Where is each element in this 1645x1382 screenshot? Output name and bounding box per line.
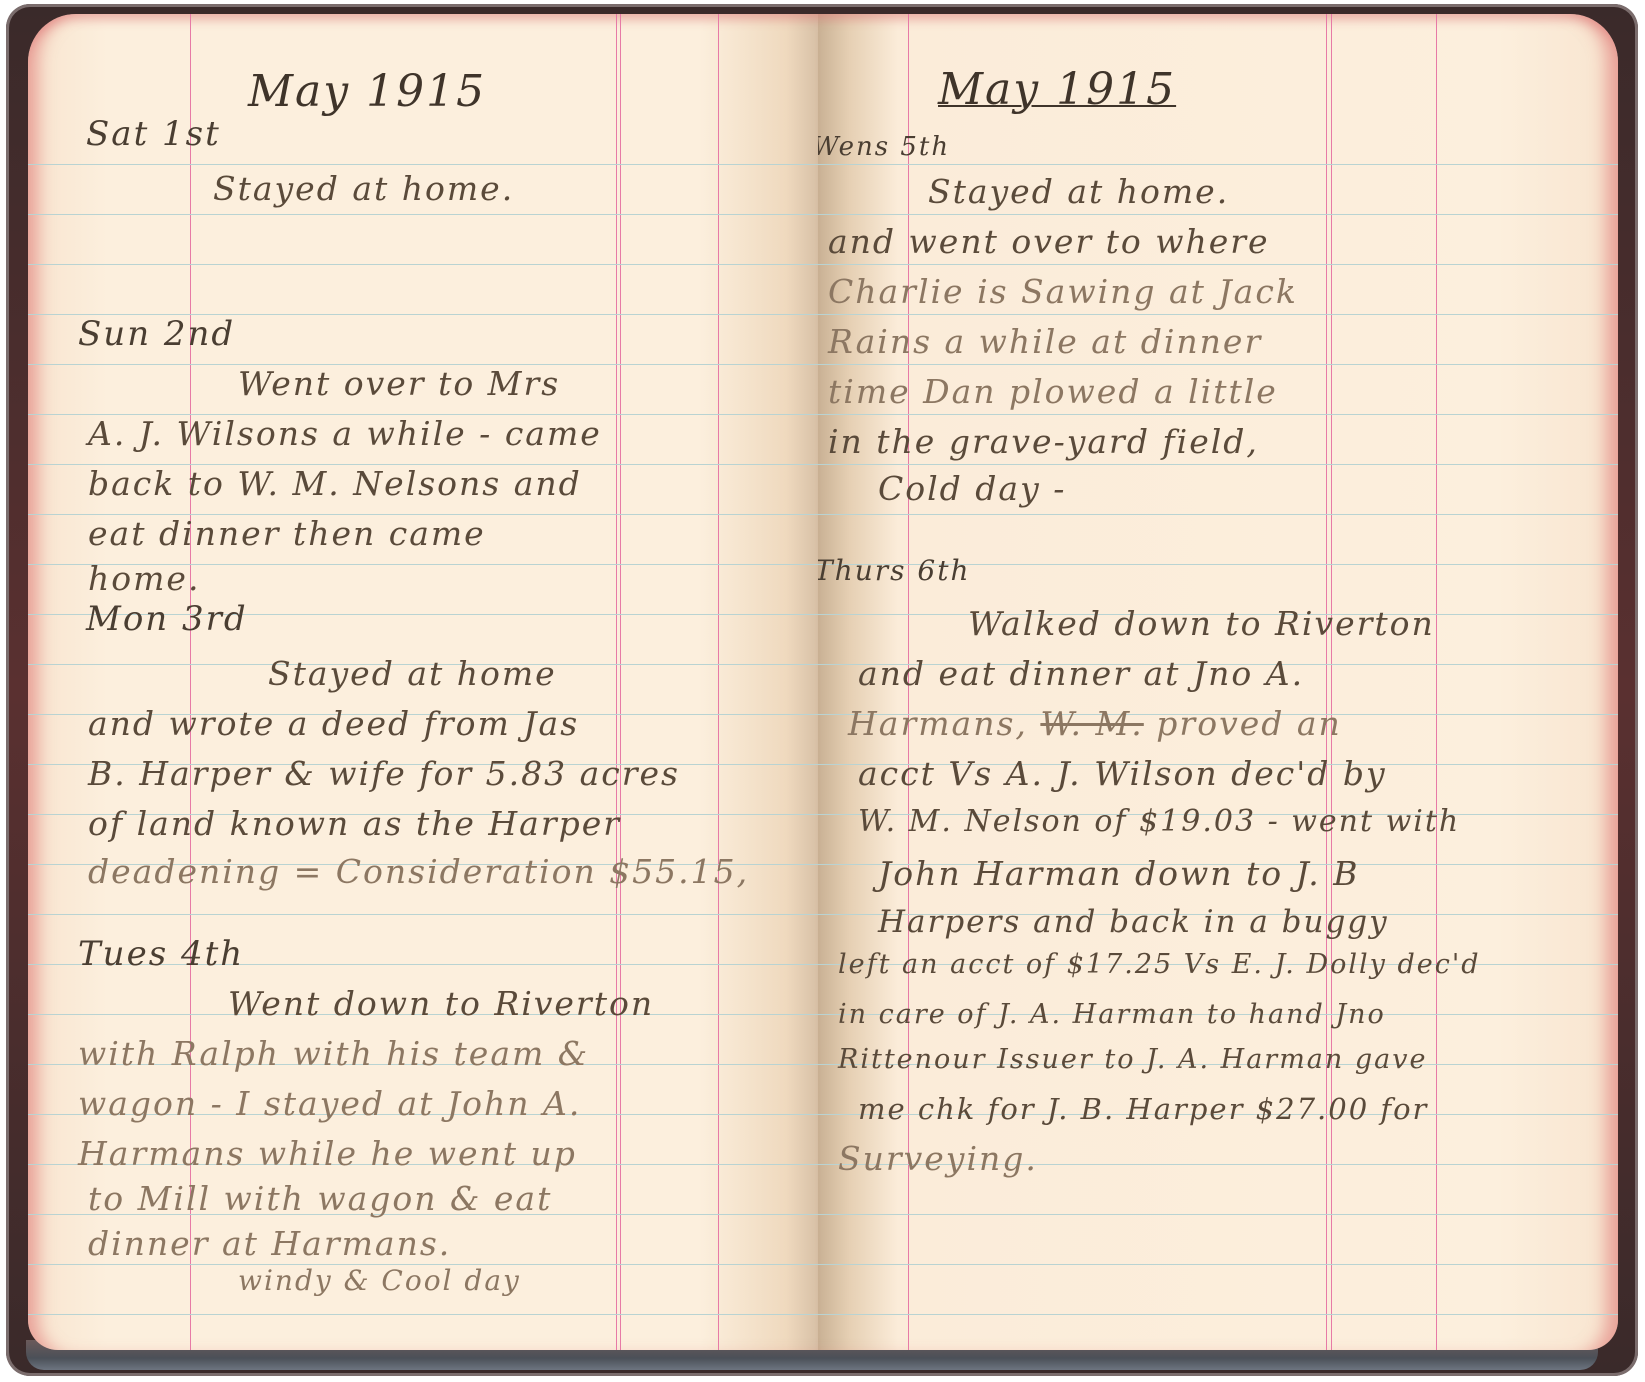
entry-date: Mon 3rd — [86, 599, 248, 639]
entry-line: Stayed at home — [268, 654, 557, 693]
entry-line: Went over to Mrs — [238, 364, 560, 403]
entry-line: left an acct of $17.25 Vs E. J. Dolly de… — [838, 949, 1481, 980]
entry-text: proved an — [1156, 704, 1341, 743]
entry-line: Harmans, W. M. proved an — [848, 704, 1342, 743]
entry-line: in care of J. A. Harman to hand Jno — [838, 999, 1386, 1030]
page-heading: May 1915 — [938, 64, 1176, 115]
entry-line: deadening = Consideration $55.15, — [88, 852, 749, 891]
entry-line: dinner at Harmans. — [88, 1224, 451, 1263]
page-heading: May 1915 — [248, 66, 486, 117]
entry-line: Rittenour Issuer to J. A. Harman gave — [838, 1044, 1427, 1075]
entry-line: A. J. Wilsons a while - came — [88, 414, 602, 453]
entry-line: Harmans while he went up — [78, 1134, 577, 1173]
entry-line: Harpers and back in a buggy — [878, 904, 1389, 940]
entry-line: Stayed at home. — [928, 172, 1229, 211]
diary-book: May 1915 Sat 1st Stayed at home. Sun 2nd… — [6, 4, 1638, 1376]
entry-date: Sat 1st — [86, 114, 221, 154]
entry-line: Walked down to Riverton — [968, 604, 1435, 643]
entry-date: Sun 2nd — [78, 314, 235, 354]
left-page: May 1915 Sat 1st Stayed at home. Sun 2nd… — [28, 14, 818, 1350]
entry-line: time Dan plowed a little — [828, 372, 1278, 411]
entry-line: to Mill with wagon & eat — [88, 1179, 552, 1218]
entry-line: acct Vs A. J. Wilson dec'd by — [858, 754, 1387, 793]
entry-line: Surveying. — [838, 1139, 1038, 1178]
entry-line: in the grave-yard field, — [828, 422, 1259, 461]
entry-line: Went down to Riverton — [228, 984, 654, 1023]
entry-line: me chk for J. B. Harper $27.00 for — [858, 1092, 1428, 1126]
entry-line: and wrote a deed from Jas — [88, 704, 579, 743]
struck-text: W. M. — [1040, 704, 1143, 743]
entry-line: and eat dinner at Jno A. — [858, 654, 1304, 693]
entry-line: Charlie is Sawing at Jack — [828, 272, 1298, 311]
entry-line: home. — [88, 559, 200, 598]
entry-line: Cold day - — [878, 469, 1066, 508]
right-page: May 1915 Wens 5th Stayed at home. and we… — [818, 14, 1618, 1350]
entry-date: Thurs 6th — [818, 554, 971, 587]
entry-date: Tues 4th — [78, 934, 244, 974]
entry-line: B. Harper & wife for 5.83 acres — [88, 754, 680, 793]
entry-line: W. M. Nelson of $19.03 - went with — [858, 804, 1460, 839]
entry-line: with Ralph with his team & — [78, 1034, 589, 1073]
entry-line: of land known as the Harper — [88, 804, 621, 843]
entry-line: John Harman down to J. B — [878, 854, 1360, 893]
entry-date: Wens 5th — [818, 132, 950, 162]
entry-line: and went over to where — [828, 222, 1270, 261]
entry-line: windy & Cool day — [238, 1264, 521, 1297]
entry-line: wagon - I stayed at John A. — [78, 1084, 581, 1123]
entry-line: eat dinner then came — [88, 514, 486, 553]
entry-line: back to W. M. Nelsons and — [88, 464, 582, 503]
entry-line: Rains a while at dinner — [828, 322, 1262, 361]
entry-line: Stayed at home. — [213, 169, 514, 208]
entry-text: Harmans, — [848, 704, 1028, 743]
